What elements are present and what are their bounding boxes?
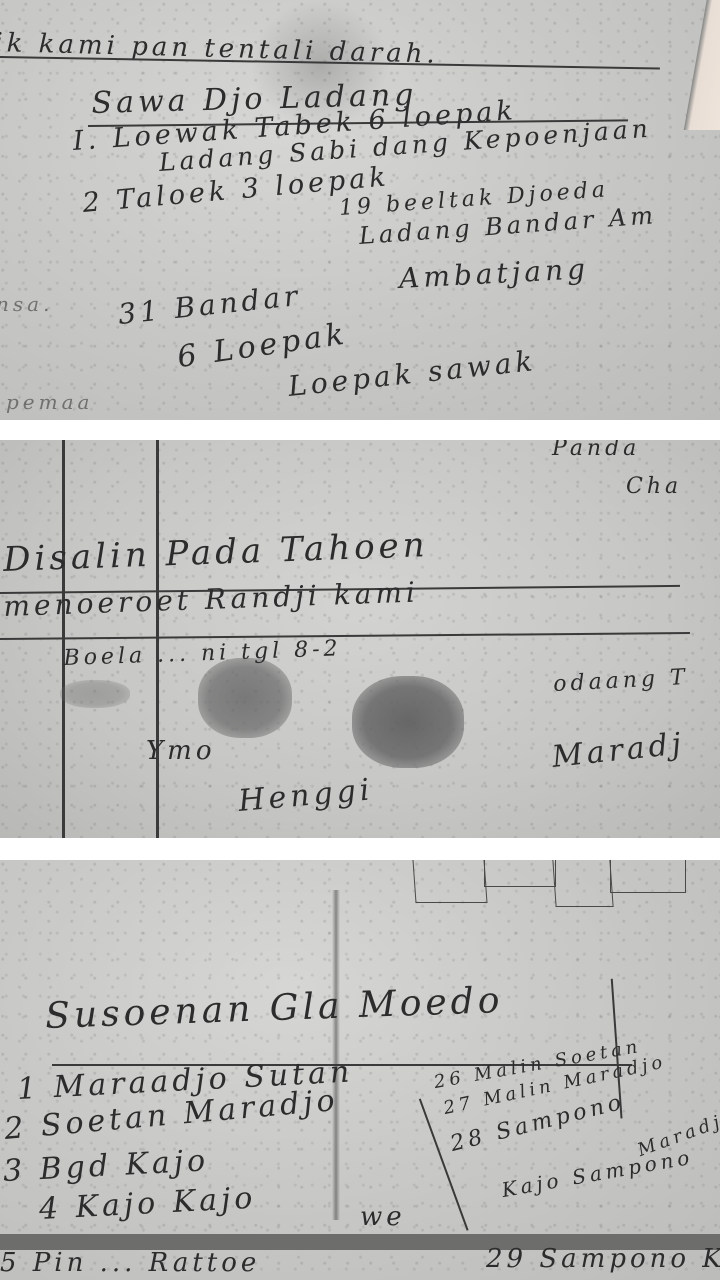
manuscript-panel-lineage-list: Susoenan Gla Moedo 1 Maraadjo Sutan 2 So… [0, 860, 720, 1280]
column-divider-left [419, 1098, 468, 1230]
list-bottom-2: 29 Sampono Ka [486, 1244, 720, 1274]
margin-rule-2 [156, 440, 159, 838]
entry-5: 31 Bandar [117, 279, 303, 331]
ink-blot [60, 680, 130, 708]
manuscript-panel-copy-note: Panda Cha Disalin Pada Tahoen menoeroet … [0, 440, 720, 838]
corner-note-2: Cha [626, 474, 682, 499]
margin-note-1: nsa. [0, 292, 53, 316]
thumbprint-smudge [198, 658, 292, 738]
copy-line-1: Disalin Pada Tahoen [3, 525, 430, 580]
list-title: Susoenan Gla Moedo [45, 980, 504, 1037]
margin-rule-1 [62, 440, 65, 838]
signature-2: Maradj [550, 726, 686, 775]
table-cell-4 [610, 860, 686, 893]
table-cell-3 [552, 860, 613, 907]
list-right-4: Kajo Sampono [500, 1145, 695, 1202]
entry-4: Ambatjang [398, 252, 589, 295]
table-cell-2 [484, 860, 556, 887]
list-bottom-1: 5 Pin ... Rattoe [0, 1248, 260, 1278]
corner-note-1: Panda [552, 440, 640, 461]
row-rule-2 [0, 632, 690, 640]
copy-line-4: odaang T [553, 665, 690, 697]
paper-edge [682, 0, 720, 130]
list-row-4: 4 Kajo Kajo [38, 1181, 257, 1227]
manuscript-panel-land-records: ik kami pan tentali darah. Sawa Djo Lada… [0, 0, 720, 420]
thumbprint [352, 676, 464, 768]
signature-3: Henggi [237, 772, 375, 819]
signature-1: Ymo [146, 736, 215, 766]
margin-note-2: pemaa [6, 390, 93, 414]
list-row-4b: we [360, 1202, 406, 1232]
list-row-3: 3 Bgd Kajo [2, 1143, 210, 1189]
copy-line-3: Boela ... ni tgl 8-2 [63, 636, 342, 671]
copy-line-2: menoeroet Randji kami [3, 576, 420, 623]
table-cell-1 [412, 860, 487, 903]
